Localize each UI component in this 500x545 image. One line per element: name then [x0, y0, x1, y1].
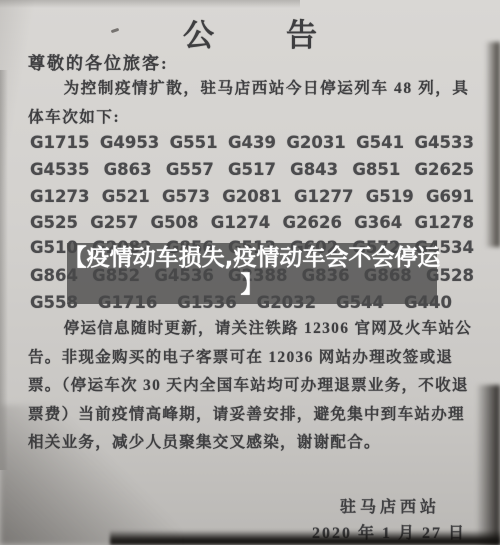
train-number: G1273 — [30, 187, 89, 206]
train-number: G1715 — [30, 133, 89, 152]
train-number: G439 — [228, 133, 276, 152]
train-number: G519 — [366, 187, 414, 206]
body-paragraph: 停运信息随时更新，请关注铁路 12306 官网及火车站公告。非现金购买的电子客票… — [28, 315, 477, 458]
train-number: G1274 — [211, 213, 270, 232]
greeting: 尊敬的各位旅客: — [28, 49, 169, 74]
train-number: G691 — [426, 187, 474, 206]
train-number: G573 — [162, 187, 210, 206]
train-number-row: G4535G863G557G517G843G851G2625 — [30, 160, 474, 179]
caption-line-1: 【疫情动车损失,疫情动车会不会停运 — [64, 243, 441, 273]
signature-station: 驻马店西站 — [340, 494, 440, 517]
train-number: G2031 — [286, 133, 345, 152]
train-number: G257 — [90, 213, 138, 232]
photo-shadow-right-top — [485, 42, 500, 247]
caption-overlay: 【疫情动车损失,疫情动车会不会停运 】 — [67, 243, 437, 304]
train-number: G541 — [356, 133, 404, 152]
train-number-row: G525G257G508G1274G2626G364G1278 — [30, 213, 474, 232]
notice-photo: 公告 尊敬的各位旅客: 为控制疫情扩散，驻马店西站今日停运列车 48 列，具体车… — [0, 0, 500, 545]
train-number: G521 — [102, 187, 150, 206]
train-number: G863 — [104, 160, 152, 179]
train-number: G364 — [354, 213, 402, 232]
photo-shadow-right-bottom — [476, 385, 500, 545]
train-number: G1278 — [415, 213, 474, 232]
train-number: G4533 — [414, 133, 473, 152]
train-number: G851 — [352, 160, 400, 179]
train-number: G551 — [170, 133, 218, 152]
photo-shadow-top — [0, 0, 300, 8]
train-number: G517 — [228, 160, 276, 179]
train-number: G843 — [290, 160, 338, 179]
train-number: G557 — [166, 160, 214, 179]
train-number: G4953 — [100, 133, 159, 152]
train-number-row: G1715G4953G551G439G2031G541G4533 — [30, 133, 474, 152]
train-number-row: G1273G521G573G2081G1277G519G691 — [30, 187, 474, 206]
train-number: G508 — [151, 213, 199, 232]
train-number: G4535 — [30, 160, 89, 179]
train-number: G2081 — [222, 187, 281, 206]
train-number: G525 — [30, 213, 78, 232]
signature-date: 2020 年 1 月 27 日 — [312, 520, 466, 543]
train-number: G2625 — [415, 160, 474, 179]
photo-shadow-left — [0, 70, 8, 470]
caption-line-2: 】 — [241, 272, 264, 298]
intro-paragraph: 为控制疫情扩散，驻马店西站今日停运列车 48 列，具体车次如下: — [28, 74, 480, 132]
train-number: G1277 — [294, 187, 353, 206]
train-number: G2626 — [283, 213, 342, 232]
